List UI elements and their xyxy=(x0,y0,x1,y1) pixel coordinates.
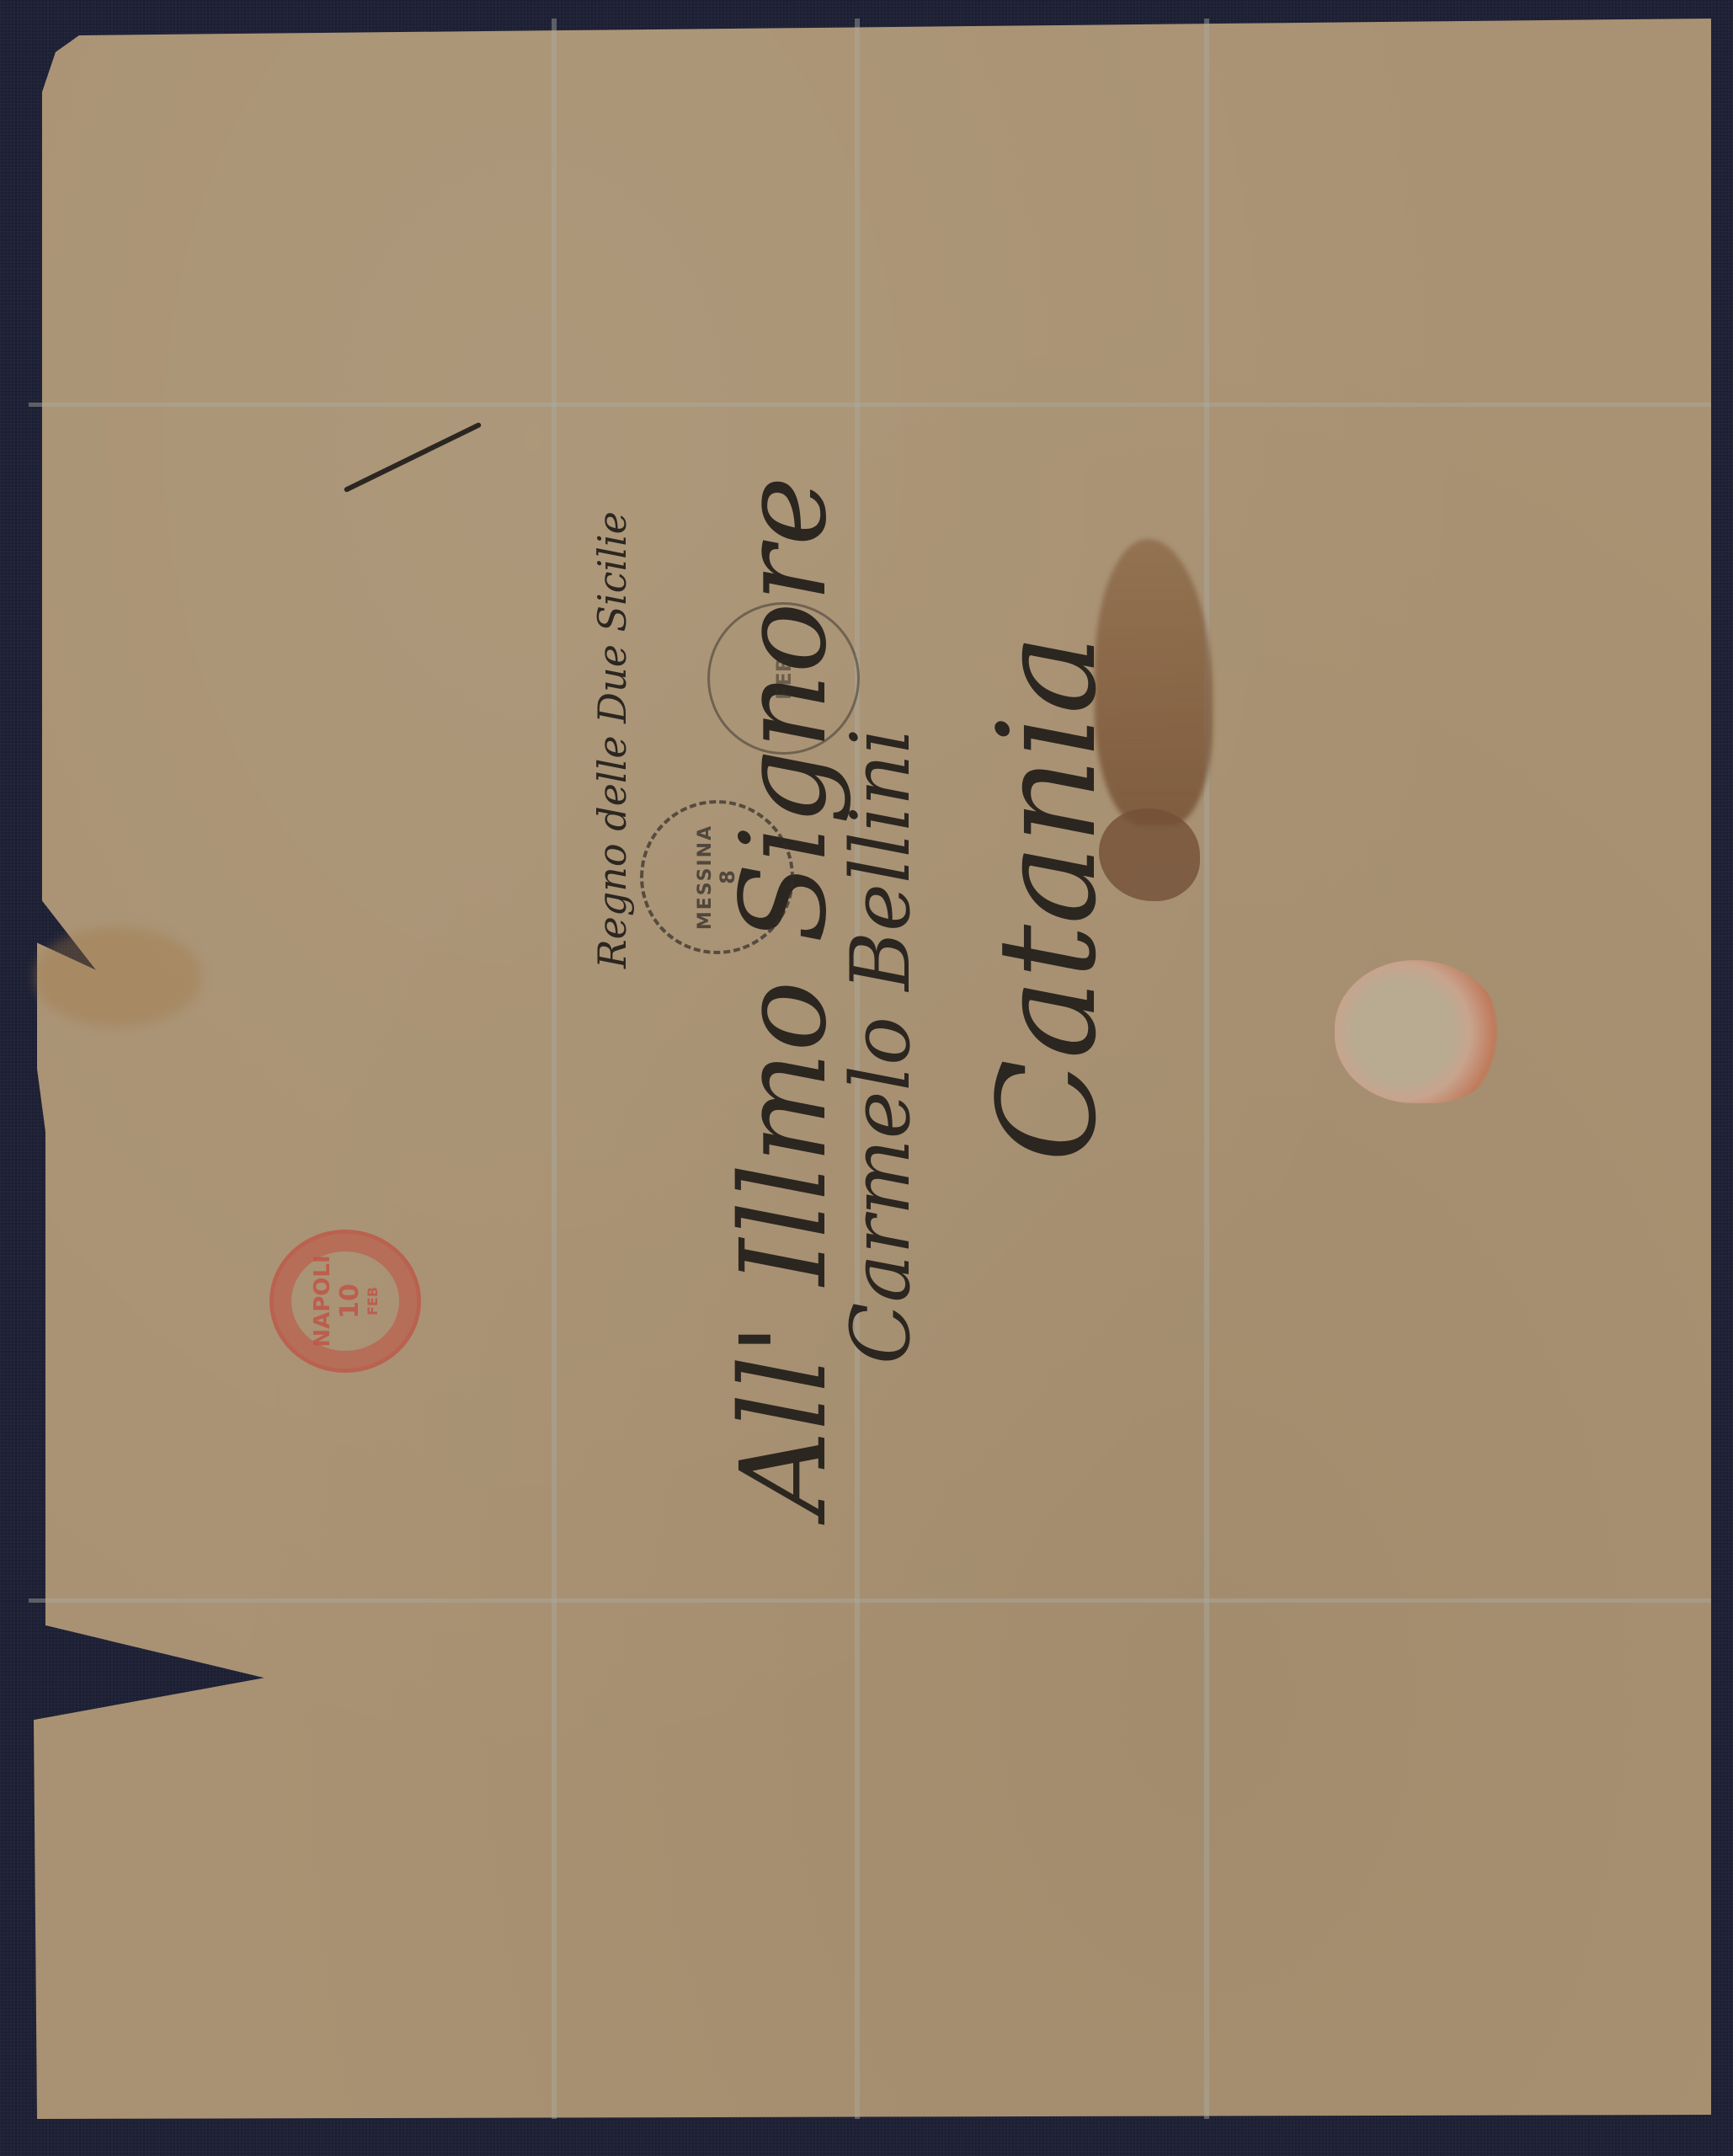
arrival-postmark: FEB xyxy=(707,602,860,755)
fold-line-horizontal xyxy=(29,403,1711,407)
postmark-month: FEB xyxy=(772,657,796,700)
postmark-day: 8 xyxy=(716,870,739,884)
postmark-month: FEB xyxy=(365,1287,381,1315)
postmark-city: MESSINA xyxy=(695,825,716,930)
address-city: Catania xyxy=(968,634,1126,1162)
messina-postmark: MESSINA 8 xyxy=(640,800,794,954)
postmark-day: 10 xyxy=(335,1283,365,1319)
fold-line-vertical xyxy=(552,19,557,2119)
address-name: Carmelo Bellini xyxy=(834,728,928,1364)
napoli-postmark: NAPOLI 10 FEB xyxy=(269,1230,421,1373)
fold-line-horizontal xyxy=(29,1598,1711,1603)
postmark-city: NAPOLI xyxy=(310,1255,335,1347)
regno-annotation: Regno delle Due Sicilie xyxy=(589,511,635,969)
fold-line-vertical xyxy=(1204,19,1209,2119)
water-stain xyxy=(34,926,202,1027)
